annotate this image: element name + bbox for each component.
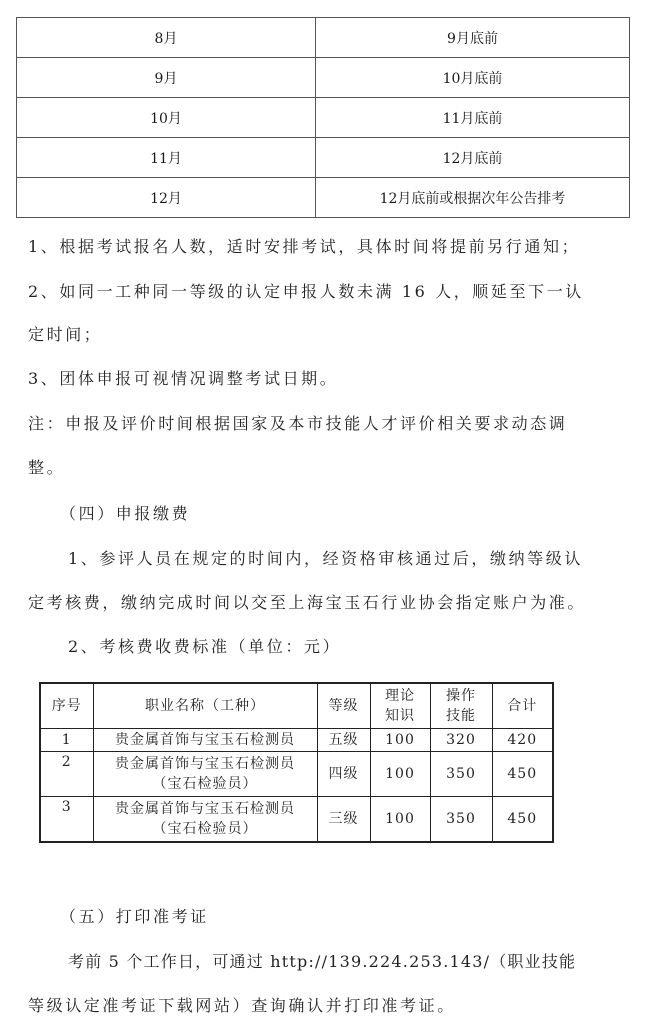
note-item-3: 3、团体申报可视情况调整考试日期。: [28, 366, 338, 389]
header-skill-line1: 操作: [446, 688, 476, 704]
header-level: 等级: [317, 683, 370, 729]
row-total-fee: 420: [492, 729, 553, 752]
exam-deadline-cell: 12月底前: [316, 138, 630, 178]
row-theory-fee: 100: [370, 729, 430, 752]
table-row: 2 贵金属首饰与宝玉石检测员（宝石检验员） 四级 100 350 450: [40, 752, 553, 797]
row-theory-fee: 100: [370, 797, 430, 843]
header-skill-line2: 技能: [446, 708, 476, 724]
adjustment-note-cont: 整。: [28, 455, 65, 478]
table-row: 11月 12月底前: [17, 138, 630, 178]
exam-deadline-cell: 9月底前: [316, 18, 630, 58]
row-occupation: 贵金属首饰与宝玉石检测员: [93, 729, 317, 752]
table-row: 3 贵金属首饰与宝玉石检测员（宝石检验员） 三级 100 350 450: [40, 797, 553, 843]
table-row: 9月 10月底前: [17, 58, 630, 98]
adjustment-note: 注：申报及评价时间根据国家及本市技能人才评价相关要求动态调: [28, 411, 567, 434]
row-no: 1: [40, 729, 93, 752]
exam-deadline-cell: 11月底前: [316, 98, 630, 138]
header-theory-line2: 知识: [385, 708, 415, 724]
row-total-fee: 450: [492, 752, 553, 797]
table-row: 12月 12月底前或根据次年公告排考: [17, 178, 630, 218]
note-item-2-cont: 定时间；: [28, 322, 102, 345]
note-item-2: 2、如同一工种同一等级的认定申报人数未满 16 人，顺延至下一认: [28, 279, 584, 302]
table-row: 8月 9月底前: [17, 18, 630, 58]
row-occupation: 贵金属首饰与宝玉石检测员（宝石检验员）: [93, 797, 317, 843]
row-total-fee: 450: [492, 797, 553, 843]
note-item-1: 1、根据考试报名人数，适时安排考试，具体时间将提前另行通知；: [28, 234, 580, 257]
row-level: 三级: [317, 797, 370, 843]
header-total: 合计: [492, 683, 553, 729]
apply-month-cell: 11月: [17, 138, 316, 178]
apply-month-cell: 8月: [17, 18, 316, 58]
table-row: 10月 11月底前: [17, 98, 630, 138]
admission-paragraph: 考前 5 个工作日，可通过 http://139.224.253.143/（职业…: [68, 949, 576, 972]
exam-deadline-cell: 10月底前: [316, 58, 630, 98]
row-no: 2: [40, 752, 93, 797]
header-theory-line1: 理论: [385, 688, 415, 704]
header-skill: 操作技能: [430, 683, 492, 729]
header-theory: 理论知识: [370, 683, 430, 729]
row-level: 四级: [317, 752, 370, 797]
table-row: 1 贵金属首饰与宝玉石检测员 五级 100 320 420: [40, 729, 553, 752]
row-level: 五级: [317, 729, 370, 752]
header-occupation: 职业名称（工种）: [93, 683, 317, 729]
row-no: 3: [40, 797, 93, 843]
apply-month-cell: 10月: [17, 98, 316, 138]
occupation-name: 贵金属首饰与宝玉石检测员: [115, 801, 295, 817]
row-theory-fee: 100: [370, 752, 430, 797]
header-no: 序号: [40, 683, 93, 729]
exam-deadline-cell: 12月底前或根据次年公告排考: [316, 178, 630, 218]
row-skill-fee: 350: [430, 752, 492, 797]
fee-paragraph-2: 2、考核费收费标准（单位：元）: [68, 634, 341, 657]
apply-month-cell: 9月: [17, 58, 316, 98]
row-skill-fee: 350: [430, 797, 492, 843]
fee-paragraph-1-cont: 定考核费，缴纳完成时间以交至上海宝玉石行业协会指定账户为准。: [28, 590, 586, 613]
occupation-sub: （宝石检验员）: [153, 821, 258, 837]
occupation-name: 贵金属首饰与宝玉石检测员: [115, 756, 295, 772]
section-5-heading: （五）打印准考证: [60, 904, 209, 927]
schedule-table: 8月 9月底前 9月 10月底前 10月 11月底前 11月 12月底前 12月…: [16, 17, 630, 218]
admission-paragraph-cont: 等级认定准考证下载网站）查询确认并打印准考证。: [28, 993, 456, 1016]
fee-paragraph-1: 1、参评人员在规定的时间内，经资格审核通过后，缴纳等级认: [68, 546, 583, 569]
section-4-heading: （四）申报缴费: [60, 501, 190, 524]
row-skill-fee: 320: [430, 729, 492, 752]
apply-month-cell: 12月: [17, 178, 316, 218]
table-header-row: 序号 职业名称（工种） 等级 理论知识 操作技能 合计: [40, 683, 553, 729]
row-occupation: 贵金属首饰与宝玉石检测员（宝石检验员）: [93, 752, 317, 797]
occupation-sub: （宝石检验员）: [153, 776, 258, 792]
fee-table: 序号 职业名称（工种） 等级 理论知识 操作技能 合计 1 贵金属首饰与宝玉石检…: [39, 682, 554, 843]
